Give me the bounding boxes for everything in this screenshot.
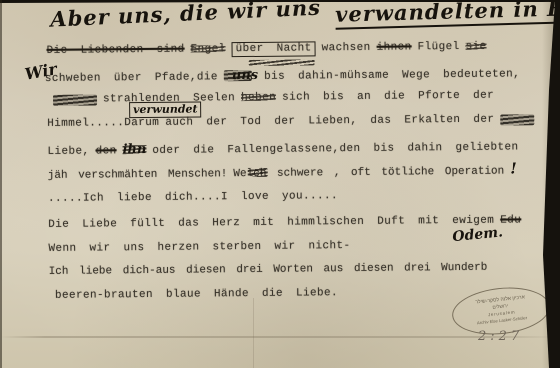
typed-line-4: strahlenden Seelen heben sich bis an die… [53,90,494,106]
typed-text: Flügel [418,41,460,53]
typed-line-9: Die Liebe füllt das Herz mit himmlischen… [48,214,521,231]
typed-line-3: schweben über Pfade,die uns bis dahin-mü… [45,65,520,85]
typed-line-11: Ich liebe dich-aus diesen drei Worten au… [49,262,488,278]
typed-text: bis dahin-mühsame Wege bedeuteten, [264,68,520,82]
typed-text: Welch schwere , oft tötliche Operation [233,166,504,181]
stamp-archive-name: Archiv Else Lasker-Schüler [477,316,528,326]
typed-line-2: Die Liebenden sind Engel über Nacht wach… [47,40,487,59]
typed-text: sich bis an die Pforte der [282,90,494,104]
typed-line-7: jäh verschmähten Menschen! Welch schwere… [48,163,517,182]
typed-text: Ich liebe dich-aus diesen drei Worten au… [49,262,488,278]
overwrite-ink-mark [248,168,268,177]
struck-handwriting-mark [249,59,315,66]
typed-text: Liebe, [47,146,89,158]
obliterated-word-blot [500,114,534,125]
typed-text: wachsen [322,42,371,54]
typed-line-10: Wenn wir uns herzen sterben wir nicht- [48,240,350,255]
struck-typed-text: Die Liebenden sind [47,44,185,57]
typed-text: jäh verschmähten Menschen! [48,168,228,182]
handwritten-correction: uns [232,68,258,83]
catalog-number: 2:27 [478,329,523,344]
typed-text: schweben über Pfade,die [45,71,218,85]
handwritten-headline: Aber uns, die wir uns verwandelten in En… [50,0,560,30]
typed-line-8: .....Ich liebe dich....I love you..... [48,190,338,205]
handwritten-text-underlined: verwandelten in Engel, [335,0,560,30]
typed-text: .....Ich liebe dich....I love you..... [48,190,338,205]
handwritten-exclamation: ! [510,163,517,173]
handwritten-text: Aber uns, die wir uns [50,0,322,32]
typed-text: auch der Tod der Lieben, das Erkalten de… [165,114,494,129]
struck-typed-text: ihnen [377,41,412,53]
typed-text: Himmel.....Darum [47,117,159,130]
typed-text: beeren-brauten blaue Hände die Liebe. [55,287,338,302]
struck-handwritten-word: ihn [122,142,146,157]
stamp-hebrew-city: ירושלים [493,304,509,311]
manuscript-scan: Aber uns, die wir uns verwandelten in En… [0,0,560,368]
typed-text: Die Liebe füllt das Herz mit himmlischen… [48,215,494,231]
photo-edge-left [0,0,2,368]
boxed-typed-text: über Nacht [232,41,316,57]
overwritten-typed-text: heben [241,92,276,104]
typed-line-6: Liebe, den ihn oder die Fallengelassene,… [47,138,518,158]
struck-typed-text: den [95,145,116,157]
typed-line-12: beeren-brauten blaue Hände die Liebe. [55,287,338,302]
typed-text: Wenn wir uns herzen sterben wir nicht- [48,240,350,255]
obliterated-typed-text: sie [466,41,487,53]
struck-typed-text: Edu [500,214,521,226]
obliterated-word-blot [53,94,97,105]
handwritten-correction-odem: Odem. [452,224,504,245]
obliterated-typed-text: Engel [191,43,226,55]
typed-line-5: Himmel.....Darum auch der Tod der Lieben… [47,113,534,130]
typed-text: oder die Fallengelassene,den bis dahin g… [152,141,518,157]
